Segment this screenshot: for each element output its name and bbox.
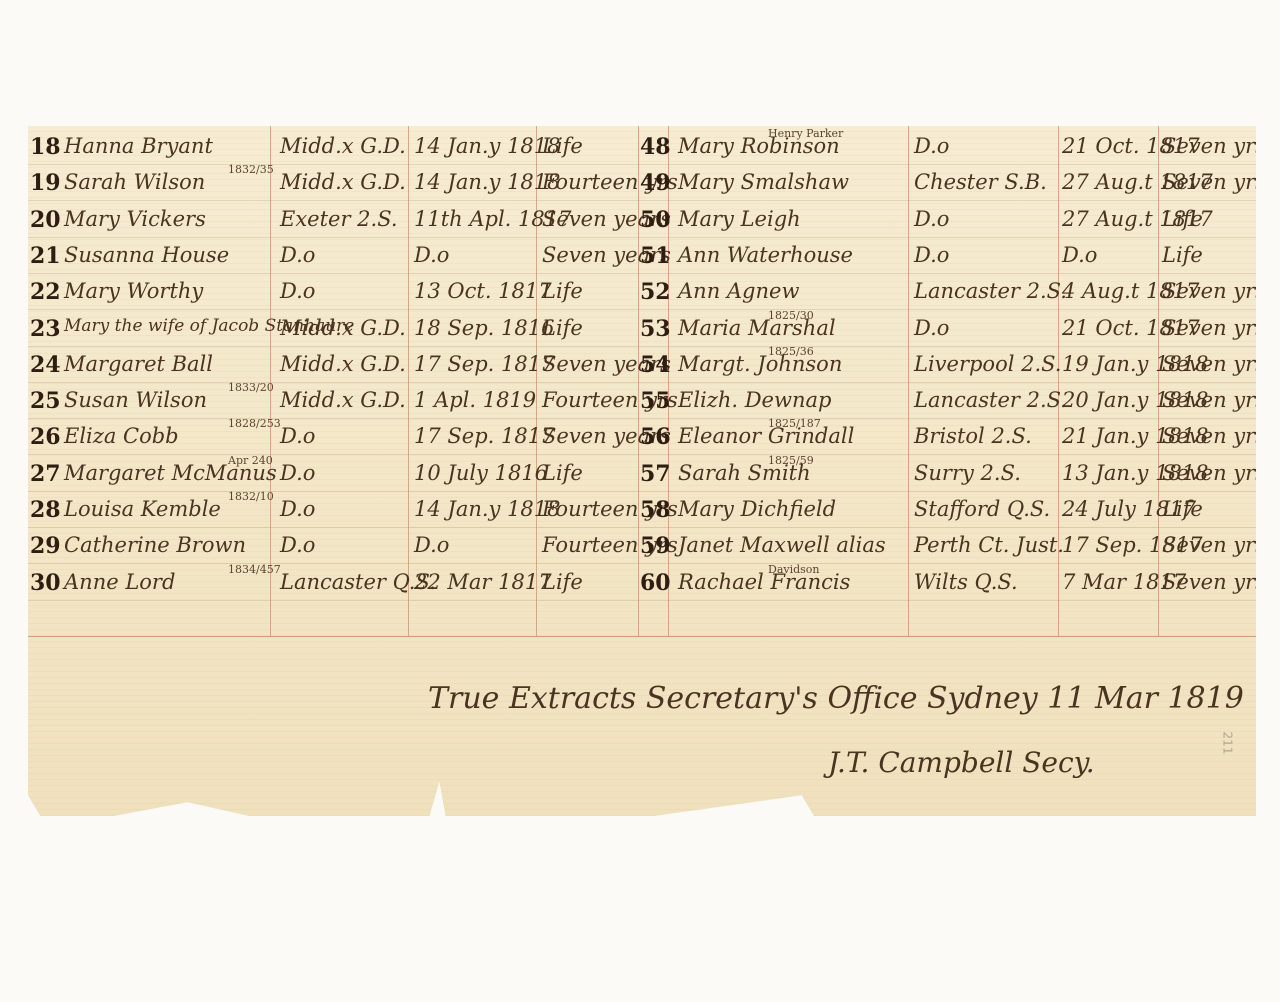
place-of-trial: D.o [280,499,315,520]
place-of-trial: Midd.x G.D. [280,390,406,411]
sentence-term: Seven yrs [1162,572,1266,593]
ledger-sheet: 18Hanna BryantMidd.x G.D.14 Jan.y 1818Li… [28,126,1256,816]
row-rule [28,382,1256,383]
entry-number: 24 [30,354,61,376]
entry-number: 19 [30,172,61,194]
entry-number: 29 [30,535,61,557]
entry-number: 22 [30,281,61,303]
convict-name: Mary Worthy [64,281,203,302]
sentence-term: Seven yrs [1162,463,1266,484]
column-rule [908,126,909,636]
trial-date: 14 Jan.y 1818 [414,136,561,157]
table-bottom-rule [28,636,1256,637]
sentence-term: Seven yrs [1162,136,1266,157]
entry-number: 60 [640,572,671,594]
entry-number: 54 [640,354,671,376]
trial-date: D.o [414,245,449,266]
column-rule [638,126,639,636]
entry-number: 20 [30,209,61,231]
entry-number: 25 [30,390,61,412]
trial-date: D.o [1062,245,1097,266]
place-of-trial: Bristol 2.S. [914,426,1032,447]
convict-name: Mary Leigh [678,209,801,230]
row-rule [28,491,1256,492]
certification-text: True Extracts Secretary's Office Sydney … [428,681,1244,716]
column-rule [536,126,537,636]
convict-name: Mary Dichfield [678,499,836,520]
convict-name: Elizh. Dewnap [678,390,831,411]
row-rule [28,164,1256,165]
entry-number: 28 [30,499,61,521]
marginal-annotation: Henry Parker [768,128,843,139]
trial-date: 18 Sep. 1816 [414,318,554,339]
entry-number: 18 [30,136,61,158]
place-of-trial: D.o [280,245,315,266]
marginal-annotation: 1825/187 [768,418,821,429]
place-of-trial: Lancaster 2.S. [914,390,1067,411]
place-of-trial: D.o [280,281,315,302]
trial-date: D.o [414,535,449,556]
entry-number: 58 [640,499,671,521]
convict-name: Susan Wilson [64,390,207,411]
place-of-trial: Perth Ct. Just. [914,535,1064,556]
place-of-trial: Lancaster Q.S. [280,572,436,593]
convict-name: Janet Maxwell alias [678,535,886,556]
place-of-trial: Stafford Q.S. [914,499,1050,520]
sentence-term: Seven yrs [1162,354,1266,375]
entry-number: 51 [640,245,671,267]
marginal-annotation: 1825/59 [768,455,814,466]
row-rule [28,309,1256,310]
place-of-trial: Exeter 2.S. [280,209,398,230]
convict-name: Catherine Brown [64,535,246,556]
marginal-annotation: Davidson [768,564,820,575]
sentence-term: Life [1162,499,1203,520]
column-rule [1158,126,1159,636]
convict-name: Louisa Kemble [64,499,221,520]
trial-date: 17 Sep. 1817 [414,426,554,447]
place-of-trial: D.o [280,463,315,484]
marginal-annotation: 1825/30 [768,310,814,321]
entry-number: 50 [640,209,671,231]
place-of-trial: Liverpool 2.S. [914,354,1061,375]
sentence-term: Life [1162,209,1203,230]
convict-name: Ann Agnew [678,281,799,302]
convict-name: Sarah Wilson [64,172,205,193]
column-rule [408,126,409,636]
sentence-term: Seven yrs [1162,426,1266,447]
convict-name: Margt. Johnson [678,354,842,375]
row-rule [28,200,1256,201]
marginal-annotation: 1832/10 [228,491,274,502]
place-of-trial: Midd.x G.D. [280,354,406,375]
trial-date: 1 Apl. 1819 [414,390,536,411]
place-of-trial: Midd.x G.D. [280,172,406,193]
trial-date: 10 July 1816 [414,463,548,484]
marginal-annotation: 1825/36 [768,346,814,357]
sentence-term: Seven yrs [1162,390,1266,411]
row-rule [28,454,1256,455]
place-of-trial: Midd.x G.D. [280,136,406,157]
entry-number: 52 [640,281,671,303]
convict-name: Susanna House [64,245,229,266]
marginal-annotation: 1828/253 [228,418,281,429]
trial-date: 14 Jan.y 1818 [414,499,561,520]
sentence-term: Seven yrs [1162,318,1266,339]
convict-name: Margaret Ball [64,354,213,375]
row-rule [28,273,1256,274]
entry-number: 23 [30,318,61,340]
sentence-term: Life [542,281,583,302]
place-of-trial: Surry 2.S. [914,463,1021,484]
sentence-term: Seven yrs [1162,535,1266,556]
entry-number: 55 [640,390,671,412]
place-of-trial: Midd.x G.D. [280,318,406,339]
row-rule [28,600,1256,601]
entry-number: 21 [30,245,61,267]
place-of-trial: Lancaster 2.S. [914,281,1067,302]
entry-number: 26 [30,426,61,448]
trial-date: 13 Oct. 1817 [414,281,552,302]
row-rule [28,418,1256,419]
place-of-trial: D.o [914,318,949,339]
trial-date: 22 Mar 1817 [414,572,552,593]
convict-name: Mary Smalshaw [678,172,849,193]
entry-number: 48 [640,136,671,158]
pencil-folio-number: 211 [1220,732,1234,755]
sentence-term: Seven yrs [1162,281,1266,302]
entry-number: 30 [30,572,61,594]
column-rule [668,126,669,636]
place-of-trial: D.o [280,535,315,556]
marginal-annotation: Apr 240 [228,455,273,466]
trial-date: 14 Jan.y 1818 [414,172,561,193]
convict-name: Eleanor Grindall [678,426,854,447]
entry-number: 49 [640,172,671,194]
sentence-term: Life [542,136,583,157]
place-of-trial: D.o [914,136,949,157]
convict-name: Hanna Bryant [64,136,213,157]
row-rule [28,527,1256,528]
sentence-term: Life [542,572,583,593]
place-of-trial: Wilts Q.S. [914,572,1018,593]
row-rule [28,346,1256,347]
marginal-annotation: 1834/457 [228,564,281,575]
sentence-term: Life [542,318,583,339]
place-of-trial: Chester S.B. [914,172,1047,193]
convict-name: Ann Waterhouse [678,245,853,266]
entry-number: 56 [640,426,671,448]
row-rule [28,237,1256,238]
sentence-term: Seven yrs [1162,172,1266,193]
row-rule [28,563,1256,564]
marginal-annotation: 1832/35 [228,164,274,175]
convict-name: Anne Lord [64,572,175,593]
entry-number: 57 [640,463,671,485]
signature: J.T. Campbell Secy. [828,746,1095,779]
entry-number: 27 [30,463,61,485]
sentence-term: Life [1162,245,1203,266]
convict-name: Rachael Francis [678,572,850,593]
sentence-term: Life [542,463,583,484]
place-of-trial: D.o [914,209,949,230]
convict-name: Eliza Cobb [64,426,179,447]
place-of-trial: D.o [914,245,949,266]
trial-date: 17 Sep. 1817 [414,354,554,375]
entry-number: 53 [640,318,671,340]
column-rule [1058,126,1059,636]
marginal-annotation: 1833/20 [228,382,274,393]
entry-number: 59 [640,535,671,557]
place-of-trial: D.o [280,426,315,447]
convict-name: Mary Vickers [64,209,206,230]
